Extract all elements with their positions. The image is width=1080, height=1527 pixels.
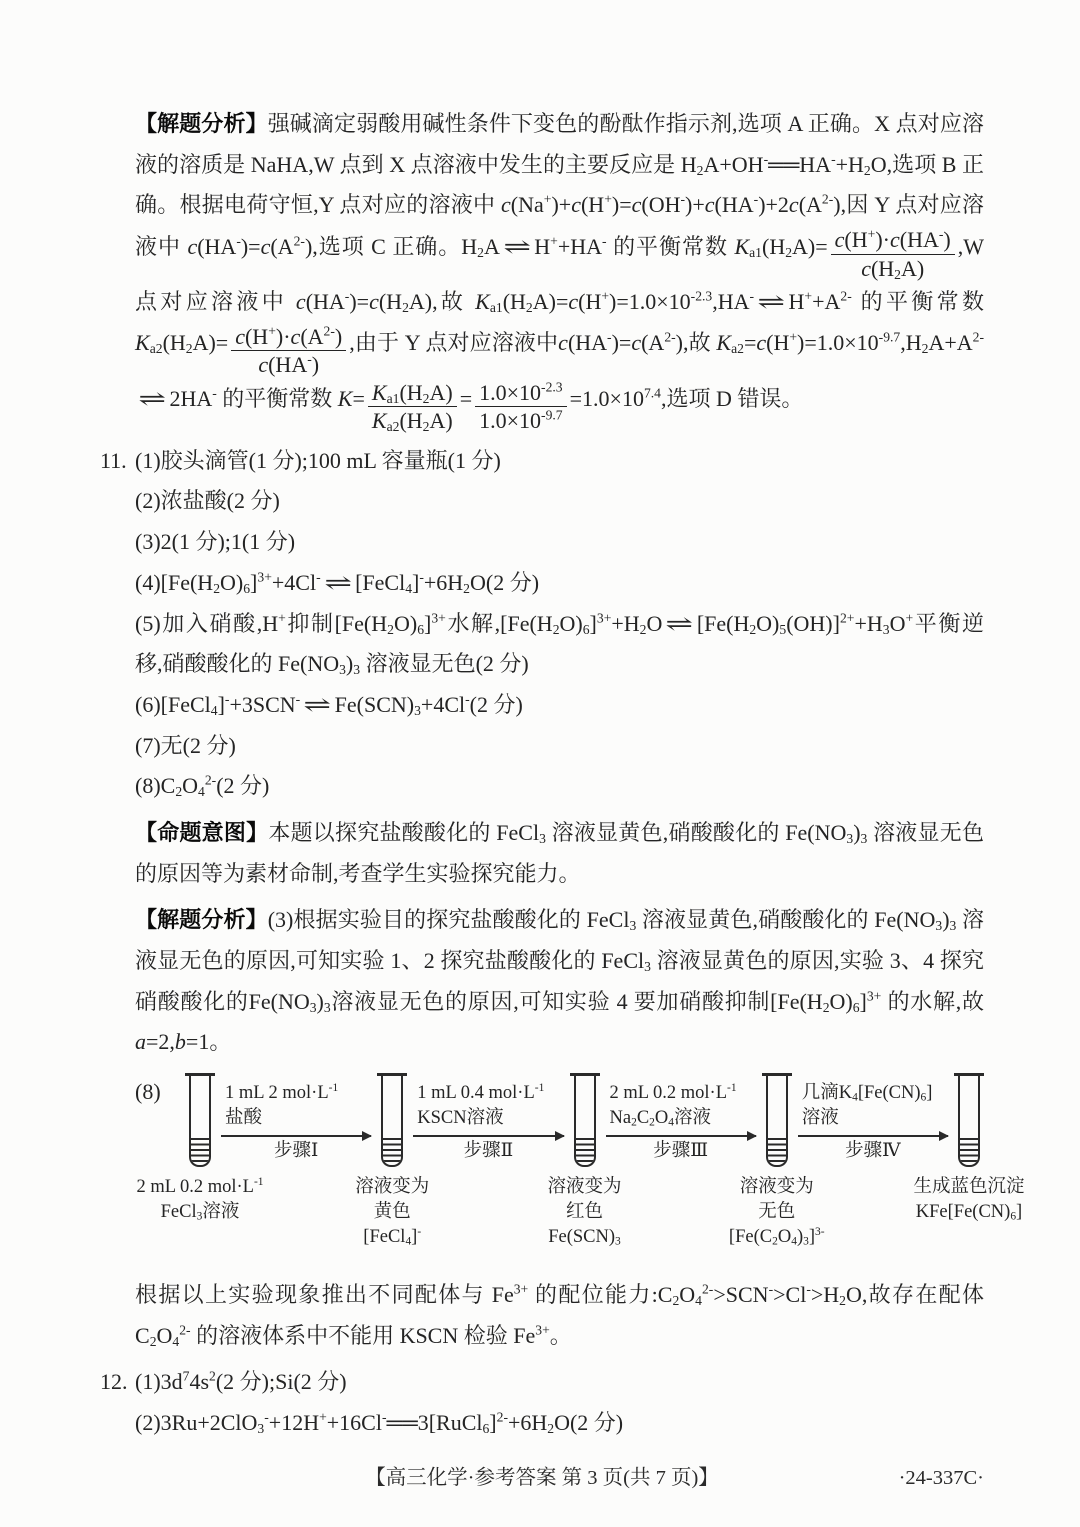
analysis-1-body: 强碱滴定弱酸用碱性条件下变色的酚酞作指示剂,选项 A 正确。X 点对应溶液的溶质… (135, 111, 984, 411)
analysis-2-paragraph: 【解题分析】(3)根据实验目的探究盐酸酸化的 FeCl3 溶液显黄色,硝酸酸化的… (135, 900, 984, 1063)
q11-item-6: (6)[FeCl4]-+3SCN-⇌Fe(SCN)3+4Cl-(2 分) (135, 685, 984, 726)
step-1-arrow: 1 mL 2 mol·L-1 盐酸 步骤Ⅰ (215, 1073, 377, 1164)
test-tube-station-1: 2 mL 0.2 mol·L-1 FeCl3溶液 (185, 1073, 215, 1169)
test-tube-station-2: 溶液变为 黄色 [FeCl4]- (377, 1073, 407, 1169)
tube-liquid (960, 1138, 978, 1165)
q12-item-2: (2)3Ru+2ClO3-+12H++16Cl-══3[RuCl6]2-+6H2… (135, 1403, 984, 1444)
step-4-arrow: 几滴K4[Fe(CN)6] 溶液 步骤Ⅳ (792, 1073, 954, 1164)
right-arrow-icon (221, 1135, 371, 1137)
tube-1-caption: 2 mL 0.2 mol·L-1 FeCl3溶液 (136, 1175, 263, 1225)
tube-glass (766, 1076, 788, 1168)
question-11-items: (1)胶头滴管(1 分);100 mL 容量瓶(1 分) (2)浓盐酸(2 分)… (135, 441, 984, 807)
analysis-2-label: 【解题分析】 (135, 907, 268, 932)
tube-5-caption: 生成蓝色沉淀 KFe[Fe(CN)6] (913, 1175, 1024, 1225)
test-tube-station-4: 溶液变为 无色 [Fe(C2O4)3]3- (762, 1073, 792, 1169)
tube-3-caption: 溶液变为 红色 Fe(SCN)3 (547, 1175, 621, 1250)
page-footer: 【高三化学·参考答案 第 3 页(共 7 页)】 ·24-337C· (100, 1460, 984, 1498)
conclusion-paragraph: 根据以上实验现象推出不同配体与 Fe3+ 的配位能力:C2O42->SCN->C… (135, 1275, 984, 1356)
right-arrow-icon (798, 1135, 948, 1137)
step-3-arrow: 2 mL 0.2 mol·L-1 Na2C2O4溶液 步骤Ⅲ (600, 1073, 762, 1164)
q12-item-1: (1)3d74s2(2 分);Si(2 分) (135, 1362, 984, 1403)
tube-liquid (191, 1138, 209, 1165)
q11-item-5: (5)加入硝酸,H+抑制[Fe(H2O)6]3+水解,[Fe(H2O)6]3++… (135, 604, 984, 685)
q11-item-2: (2)浓盐酸(2 分) (135, 481, 984, 522)
question-12: 12. (1)3d74s2(2 分);Si(2 分) (2)3Ru+2ClO3-… (100, 1362, 984, 1443)
experiment-flow-diagram: (8) 2 mL 0.2 mol·L-1 FeCl3溶液 1 mL 2 mol·… (135, 1073, 984, 1269)
test-tube-icon (762, 1073, 792, 1167)
right-arrow-icon (606, 1135, 756, 1137)
test-tube-station-5: 生成蓝色沉淀 KFe[Fe(CN)6] (954, 1073, 984, 1169)
conclusion-body: 根据以上实验现象推出不同配体与 Fe3+ 的配位能力:C2O42->SCN->C… (135, 1282, 984, 1348)
test-tube-icon (377, 1073, 407, 1167)
q11-item-7: (7)无(2 分) (135, 726, 984, 767)
question-11: 11. (1)胶头滴管(1 分);100 mL 容量瓶(1 分) (2)浓盐酸(… (100, 441, 984, 807)
right-arrow-icon (413, 1135, 563, 1137)
question-12-items: (1)3d74s2(2 分);Si(2 分) (2)3Ru+2ClO3-+12H… (135, 1362, 984, 1443)
tube-4-caption: 溶液变为 无色 [Fe(C2O4)3]3- (729, 1175, 825, 1250)
analysis-1-label: 【解题分析】 (135, 111, 268, 136)
tube-glass (189, 1076, 211, 1168)
question-11-number: 11. (100, 441, 135, 482)
step-2-arrow: 1 mL 0.4 mol·L-1 KSCN溶液 步骤Ⅱ (407, 1073, 569, 1164)
tube-liquid (768, 1138, 786, 1165)
tube-liquid (383, 1138, 401, 1165)
footer-page-info: 【高三化学·参考答案 第 3 页(共 7 页)】 (365, 1467, 719, 1489)
analysis-1-paragraph: 【解题分析】强碱滴定弱酸用碱性条件下变色的酚酞作指示剂,选项 A 正确。X 点对… (135, 104, 984, 435)
tube-liquid (576, 1138, 594, 1165)
diagram-item-label: (8) (135, 1077, 185, 1107)
tube-glass (381, 1076, 403, 1168)
intent-label: 【命题意图】 (135, 820, 268, 845)
test-tube-station-3: 溶液变为 红色 Fe(SCN)3 (570, 1073, 600, 1169)
test-tube-icon (954, 1073, 984, 1167)
intent-paragraph: 【命题意图】本题以探究盐酸酸化的 FeCl3 溶液显黄色,硝酸酸化的 Fe(NO… (135, 813, 984, 894)
q11-item-1: (1)胶头滴管(1 分);100 mL 容量瓶(1 分) (135, 441, 984, 482)
tube-glass (574, 1076, 596, 1168)
tube-glass (958, 1076, 980, 1168)
footer-paper-code: ·24-337C· (899, 1460, 984, 1498)
test-tube-icon (185, 1073, 215, 1167)
question-12-number: 12. (100, 1362, 135, 1403)
q11-item-3: (3)2(1 分);1(1 分) (135, 522, 984, 563)
tube-2-caption: 溶液变为 黄色 [FeCl4]- (355, 1175, 429, 1250)
answer-sheet-page: 【解题分析】强碱滴定弱酸用碱性条件下变色的酚酞作指示剂,选项 A 正确。X 点对… (0, 0, 1080, 1527)
test-tube-icon (570, 1073, 600, 1167)
q11-item-8: (8)C2O42-(2 分) (135, 766, 984, 807)
q11-item-4: (4)[Fe(H2O)6]3++4Cl-⇌[FeCl4]-+6H2O(2 分) (135, 563, 984, 604)
